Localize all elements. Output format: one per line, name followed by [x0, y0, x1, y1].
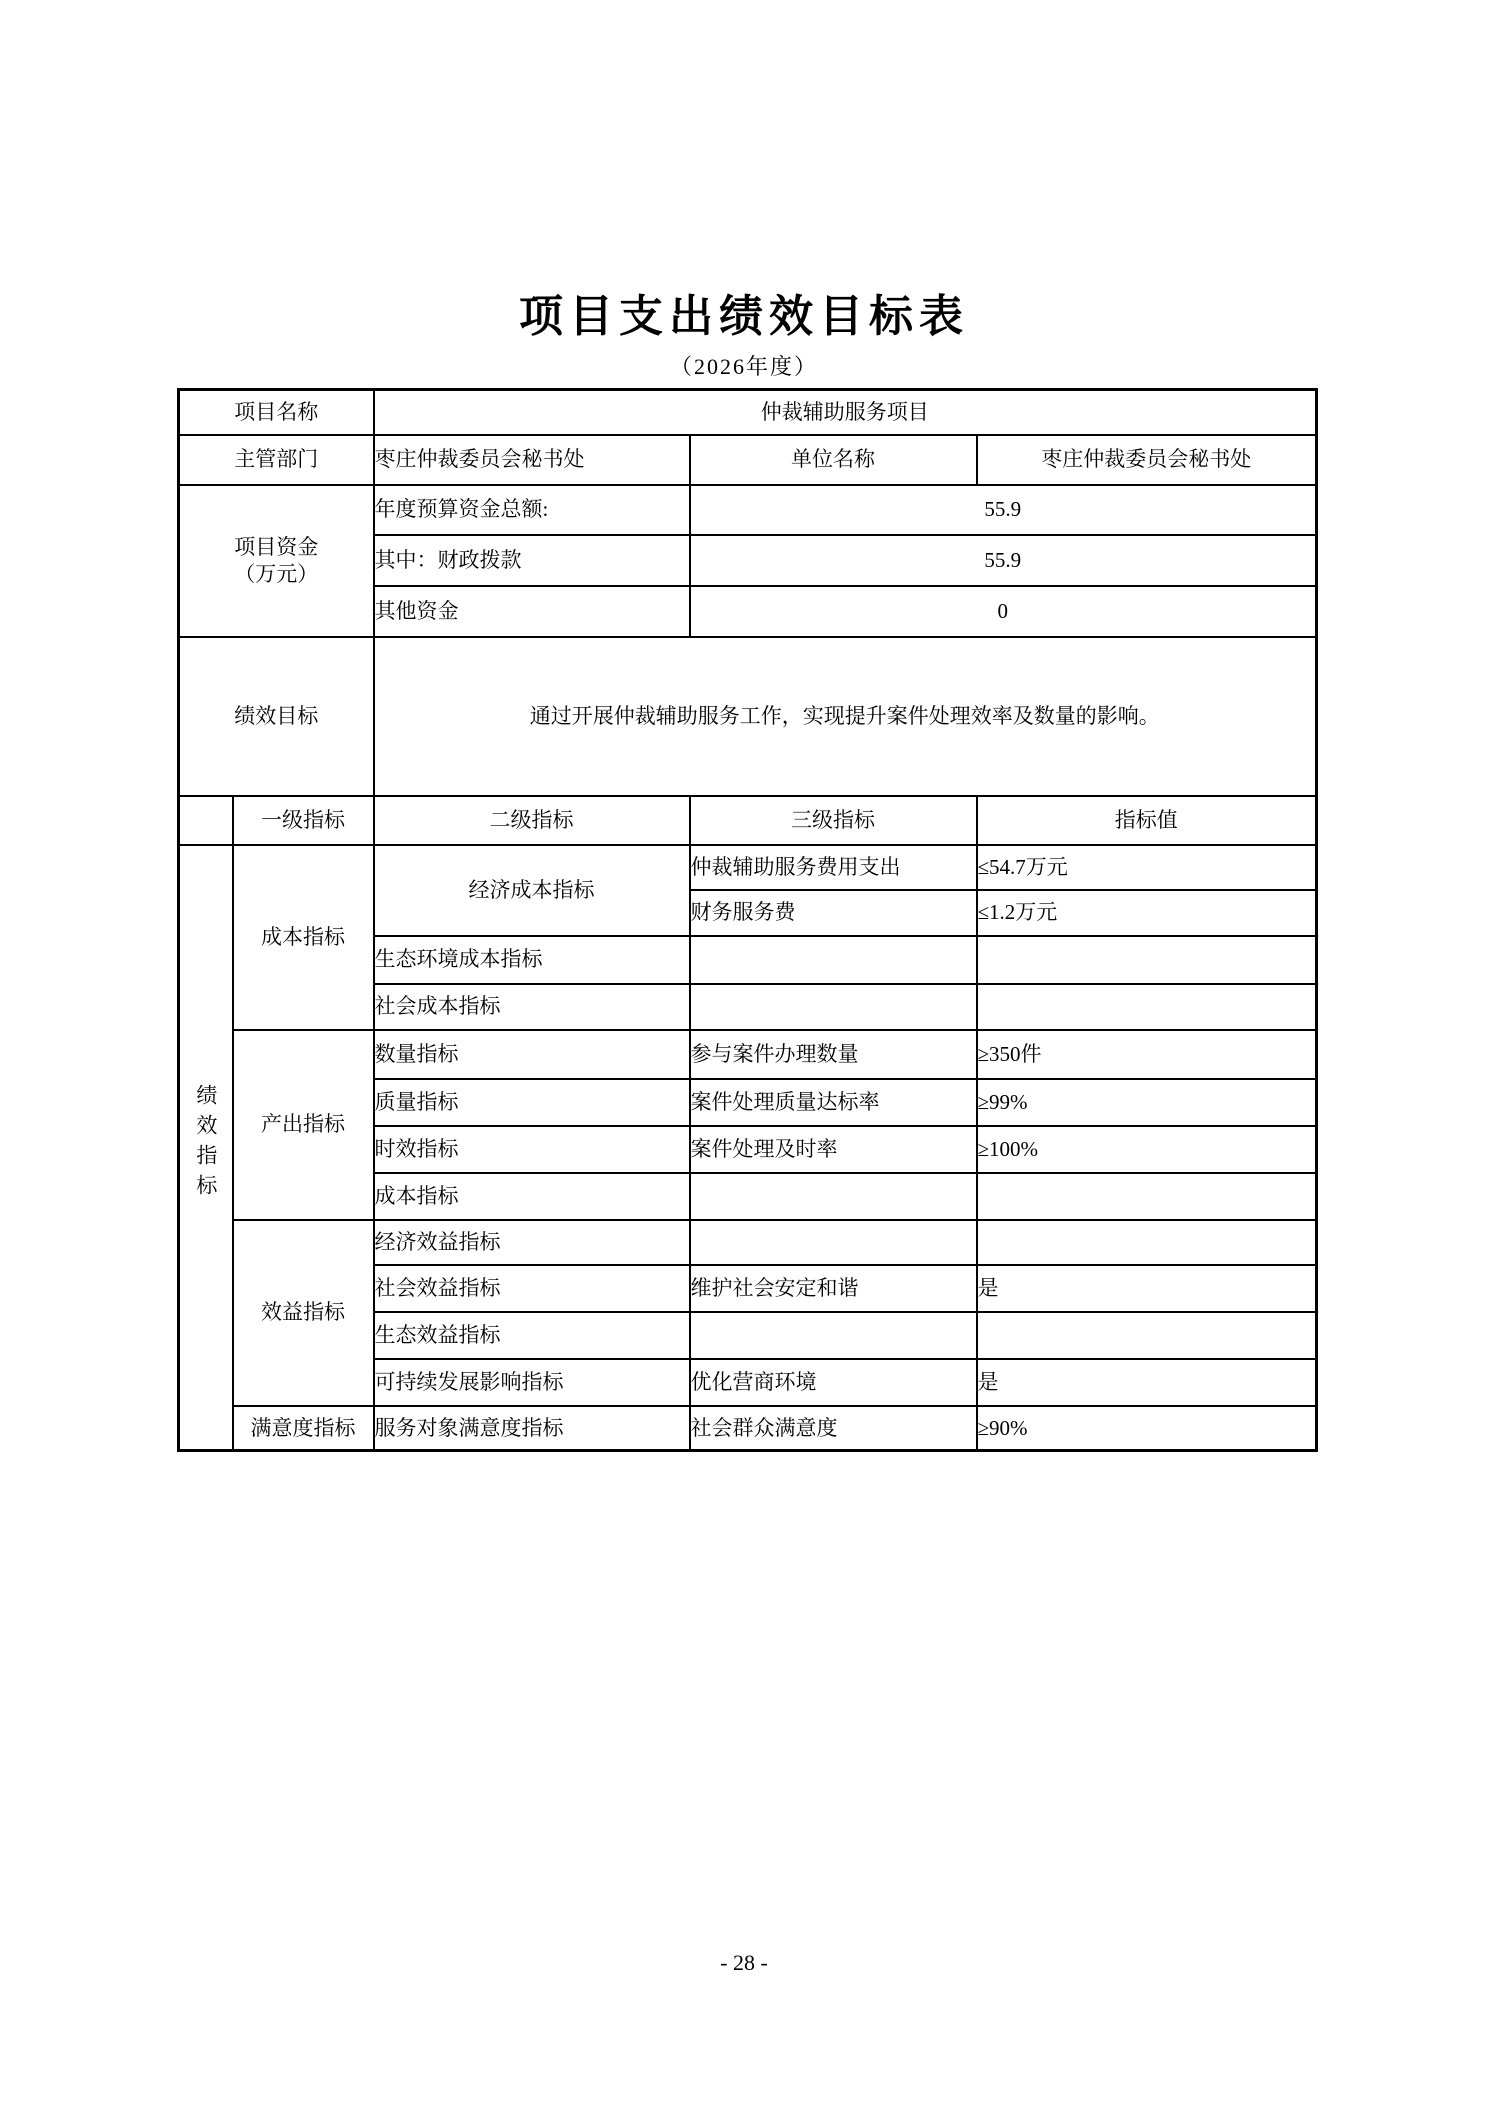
indicator-level2: 成本指标	[374, 1173, 690, 1220]
indicator-level3: 案件处理质量达标率	[690, 1079, 977, 1126]
indicator-level2: 生态环境成本指标	[374, 936, 690, 984]
indicator-level3: 维护社会安定和谐	[690, 1265, 977, 1312]
funds-label-line2: （万元）	[180, 561, 373, 587]
funds-label-line1: 项目资金	[180, 534, 373, 560]
indicator-level2: 社会成本指标	[374, 984, 690, 1030]
indicator-value: 是	[977, 1359, 1317, 1406]
indicator-value: 是	[977, 1265, 1317, 1312]
side-label-cell: 绩效指标	[179, 845, 233, 1451]
table-row: 主管部门 枣庄仲裁委员会秘书处 单位名称 枣庄仲裁委员会秘书处	[179, 435, 1317, 485]
indicator-value: ≥100%	[977, 1126, 1317, 1173]
indicator-level3: 优化营商环境	[690, 1359, 977, 1406]
indicator-value: ≥90%	[977, 1406, 1317, 1451]
indicator-level2: 生态效益指标	[374, 1312, 690, 1359]
indicator-level2: 服务对象满意度指标	[374, 1406, 690, 1451]
project-name-label: 项目名称	[179, 390, 374, 435]
page-number: - 28 -	[0, 1950, 1488, 1976]
other-funds-value: 0	[690, 586, 1317, 637]
indicator-value	[977, 984, 1317, 1030]
indicator-level3	[690, 1312, 977, 1359]
indicator-value: ≤1.2万元	[977, 890, 1317, 936]
indicator-level2: 时效指标	[374, 1126, 690, 1173]
page-subtitle: （2026年度）	[0, 350, 1488, 381]
dept-label: 主管部门	[179, 435, 374, 485]
budget-total-value: 55.9	[690, 485, 1317, 535]
table-row: 项目名称 仲裁辅助服务项目	[179, 390, 1317, 435]
table-row: 产出指标 数量指标 参与案件办理数量 ≥350件	[179, 1030, 1317, 1079]
header-level1: 一级指标	[233, 796, 374, 845]
fiscal-label: 其中：财政拨款	[374, 535, 690, 586]
indicator-value: ≥350件	[977, 1030, 1317, 1079]
document-page: 项目支出绩效目标表 （2026年度） 项目名称 仲裁辅助服务项目 主管部门 枣庄…	[0, 0, 1488, 2104]
table-row: 一级指标 二级指标 三级指标 指标值	[179, 796, 1317, 845]
group-satisfaction: 满意度指标	[233, 1406, 374, 1451]
indicator-level3	[690, 936, 977, 984]
indicator-level3: 仲裁辅助服务费用支出	[690, 845, 977, 890]
indicator-level2: 经济效益指标	[374, 1220, 690, 1265]
goal-label: 绩效目标	[179, 637, 374, 796]
indicator-level3: 财务服务费	[690, 890, 977, 936]
indicator-level2: 数量指标	[374, 1030, 690, 1079]
dept-value: 枣庄仲裁委员会秘书处	[374, 435, 690, 485]
indicator-level3	[690, 1220, 977, 1265]
funds-label: 项目资金 （万元）	[179, 485, 374, 637]
table-row: 满意度指标 服务对象满意度指标 社会群众满意度 ≥90%	[179, 1406, 1317, 1451]
indicator-level3: 社会群众满意度	[690, 1406, 977, 1451]
indicator-level2: 经济成本指标	[374, 845, 690, 936]
table-row: 项目资金 （万元） 年度预算资金总额: 55.9	[179, 485, 1317, 535]
side-label: 绩效指标	[193, 1084, 219, 1204]
group-output: 产出指标	[233, 1030, 374, 1220]
indicator-value	[977, 936, 1317, 984]
header-level3: 三级指标	[690, 796, 977, 845]
indicator-level2: 社会效益指标	[374, 1265, 690, 1312]
budget-total-label: 年度预算资金总额:	[374, 485, 690, 535]
indicator-level2: 质量指标	[374, 1079, 690, 1126]
page-title: 项目支出绩效目标表	[0, 280, 1488, 344]
indicator-level3	[690, 1173, 977, 1220]
unit-label: 单位名称	[690, 435, 977, 485]
goal-text: 通过开展仲裁辅助服务工作，实现提升案件处理效率及数量的影响。	[374, 637, 1317, 796]
project-name-value: 仲裁辅助服务项目	[374, 390, 1317, 435]
header-value: 指标值	[977, 796, 1317, 845]
other-funds-label: 其他资金	[374, 586, 690, 637]
table-row: 绩效目标 通过开展仲裁辅助服务工作，实现提升案件处理效率及数量的影响。	[179, 637, 1317, 796]
unit-value: 枣庄仲裁委员会秘书处	[977, 435, 1317, 485]
indicator-level3	[690, 984, 977, 1030]
indicator-level3: 案件处理及时率	[690, 1126, 977, 1173]
table-row: 绩效指标 成本指标 经济成本指标 仲裁辅助服务费用支出 ≤54.7万元	[179, 845, 1317, 890]
indicator-value	[977, 1173, 1317, 1220]
indicator-level3: 参与案件办理数量	[690, 1030, 977, 1079]
performance-target-table: 项目名称 仲裁辅助服务项目 主管部门 枣庄仲裁委员会秘书处 单位名称 枣庄仲裁委…	[177, 388, 1318, 1452]
indicator-value	[977, 1220, 1317, 1265]
indicator-value: ≤54.7万元	[977, 845, 1317, 890]
table-row: 效益指标 经济效益指标	[179, 1220, 1317, 1265]
indicator-level2: 可持续发展影响指标	[374, 1359, 690, 1406]
header-level2: 二级指标	[374, 796, 690, 845]
indicator-value: ≥99%	[977, 1079, 1317, 1126]
header-spacer-cell	[179, 796, 233, 845]
indicator-value	[977, 1312, 1317, 1359]
fiscal-value: 55.9	[690, 535, 1317, 586]
group-benefit: 效益指标	[233, 1220, 374, 1406]
group-cost: 成本指标	[233, 845, 374, 1030]
